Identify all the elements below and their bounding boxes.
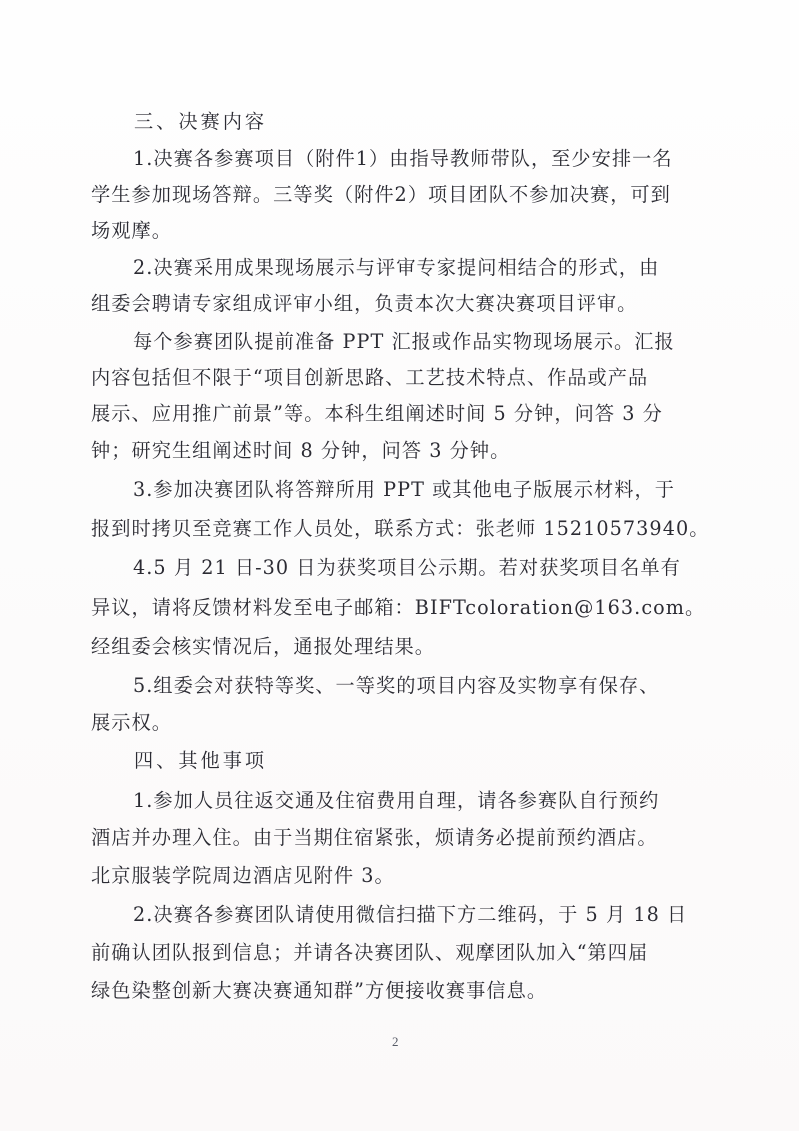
paragraph-line: 2.决赛采用成果现场展示与评审专家提问相结合的形式，由 [133, 256, 695, 280]
paragraph-line: 绿色染整创新大赛决赛通知群”方便接收赛事信息。 [91, 979, 695, 1003]
paragraph-line: 5.组委会对获特等奖、一等奖的项目内容及实物享有保存、 [133, 674, 695, 698]
paragraph-line: 1.参加人员往返交通及住宿费用自理，请各参赛队自行预约 [133, 789, 695, 813]
paragraph-line: 每个参赛团队提前准备 PPT 汇报或作品实物现场展示。汇报 [133, 330, 695, 354]
page-number: 2 [392, 1034, 399, 1050]
paragraph-line: 展示、应用推广前景”等。本科生组阐述时间 5 分钟，问答 3 分 [91, 402, 695, 426]
paragraph-line: 酒店并办理入住。由于当期住宿紧张，烦请务必提前预约酒店。 [91, 826, 695, 850]
paragraph-line: 组委会聘请专家组成评审小组，负责本次大赛决赛项目评审。 [91, 292, 695, 316]
paragraph-line: 经组委会核实情况后，通报处理结果。 [91, 635, 695, 659]
paragraph-line: 前确认团队报到信息；并请各决赛团队、观摩团队加入“第四届 [91, 941, 695, 965]
paragraph-line: 钟；研究生组阐述时间 8 分钟，问答 3 分钟。 [91, 439, 695, 463]
paragraph-line: 2.决赛各参赛团队请使用微信扫描下方二维码，于 5 月 18 日 [133, 903, 695, 927]
document-page: 三、决赛内容 1.决赛各参赛项目（附件1）由指导教师带队，至少安排一名 学生参加… [0, 0, 799, 1131]
paragraph-line: 学生参加现场答辩。三等奖（附件2）项目团队不参加决赛，可到 [91, 183, 695, 207]
paragraph-line-contact: 报到时拷贝至竞赛工作人员处，联系方式：张老师 15210573940。 [91, 517, 695, 541]
paragraph-line-email: 异议，请将反馈材料发至电子邮箱：BIFTcoloration@163.com。 [91, 596, 695, 620]
paragraph-line: 内容包括但不限于“项目创新思路、工艺技术特点、作品或产品 [91, 366, 695, 390]
section-heading-3: 三、决赛内容 [134, 110, 738, 134]
section-heading-4: 四、其他事项 [134, 749, 738, 773]
paragraph-line: 4.5 月 21 日-30 日为获奖项目公示期。若对获奖项目名单有 [133, 556, 695, 580]
paragraph-line: 1.决赛各参赛项目（附件1）由指导教师带队，至少安排一名 [133, 147, 695, 171]
paragraph-line: 展示权。 [91, 711, 695, 735]
paragraph-line: 场观摩。 [91, 219, 695, 243]
paragraph-line: 3.参加决赛团队将答辩所用 PPT 或其他电子版展示材料，于 [133, 478, 695, 502]
paragraph-line: 北京服装学院周边酒店见附件 3。 [91, 864, 695, 888]
